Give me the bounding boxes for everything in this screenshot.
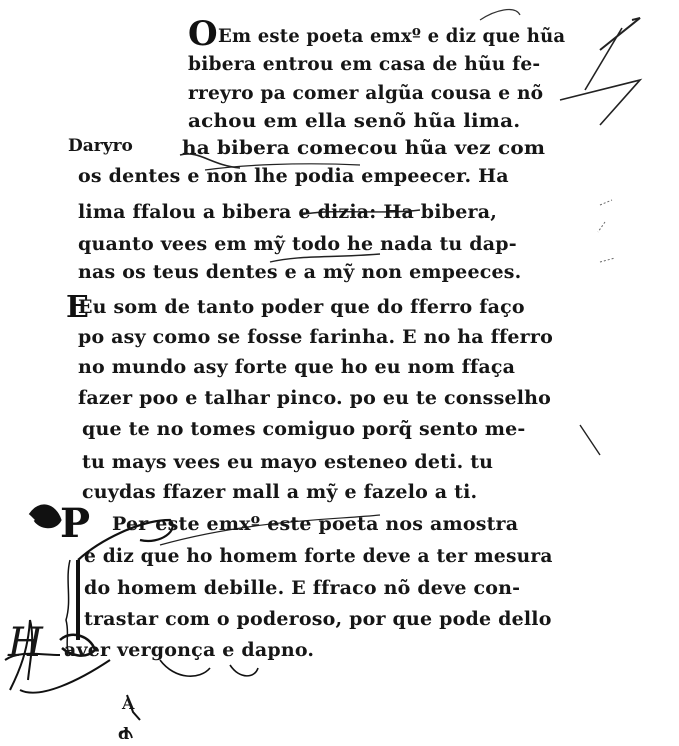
- text-line: trastar com o poderoso, por que pode del…: [84, 607, 552, 631]
- margin-letter-h: H: [8, 620, 43, 666]
- text-line: achou em ella senõ hũa lima.: [188, 109, 520, 133]
- text-line: po asy como se fosse farinha. E no ha ff…: [78, 325, 553, 349]
- initial-letter-o: O: [188, 14, 218, 54]
- text-line: Em este poeta emxº e diz que hũa: [218, 24, 565, 48]
- text-line: que te no tomes comiguo porq̃ sento me-: [82, 417, 526, 441]
- text-line: bibera entrou em casa de hũu fe-: [188, 52, 540, 76]
- text-line: e diz que ho homem forte deve a ter mesu…: [84, 544, 553, 568]
- text-line: quanto vees em mỹ todo he nada tu dap-: [78, 232, 517, 256]
- text-line: rreyro pa comer algũa cousa e nõ: [188, 81, 543, 105]
- text-line: Per este emxº este poeta nos amostra: [112, 512, 518, 536]
- text-line: do homem debille. E ffraco nõ deve con-: [84, 576, 520, 600]
- text-line: fazer poo e talhar pinco. po eu te conss…: [78, 386, 551, 410]
- text-line: aver vergonça e dapno.: [64, 638, 314, 662]
- text-line: os dentes e non lhe podia empeecer. Ha: [78, 164, 509, 188]
- text-line: no mundo asy forte que ho eu nom ffaça: [78, 355, 515, 379]
- text-line: cuydas ffazer mall a mỹ e fazelo a ti.: [82, 480, 477, 504]
- manuscript-page: O Em este poeta emxº e diz que hũa biber…: [0, 0, 679, 746]
- text-line: tu mays vees eu mayo esteneo deti. tu: [82, 450, 493, 474]
- decorated-initial-p: P: [60, 500, 90, 547]
- text-line: ha bibera comecou hũa vez com: [182, 136, 545, 160]
- text-line: nas os teus dentes e a mỹ non empeeces.: [78, 260, 522, 284]
- bottom-mark: A: [122, 694, 134, 713]
- text-line: lima ffalou a bibera e dizia: Ha bibera,: [78, 200, 497, 224]
- margin-note: Daryro: [68, 136, 133, 156]
- bottom-mark: d: [118, 724, 129, 743]
- text-line: Eu som de tanto poder que do fferro faço: [78, 295, 525, 319]
